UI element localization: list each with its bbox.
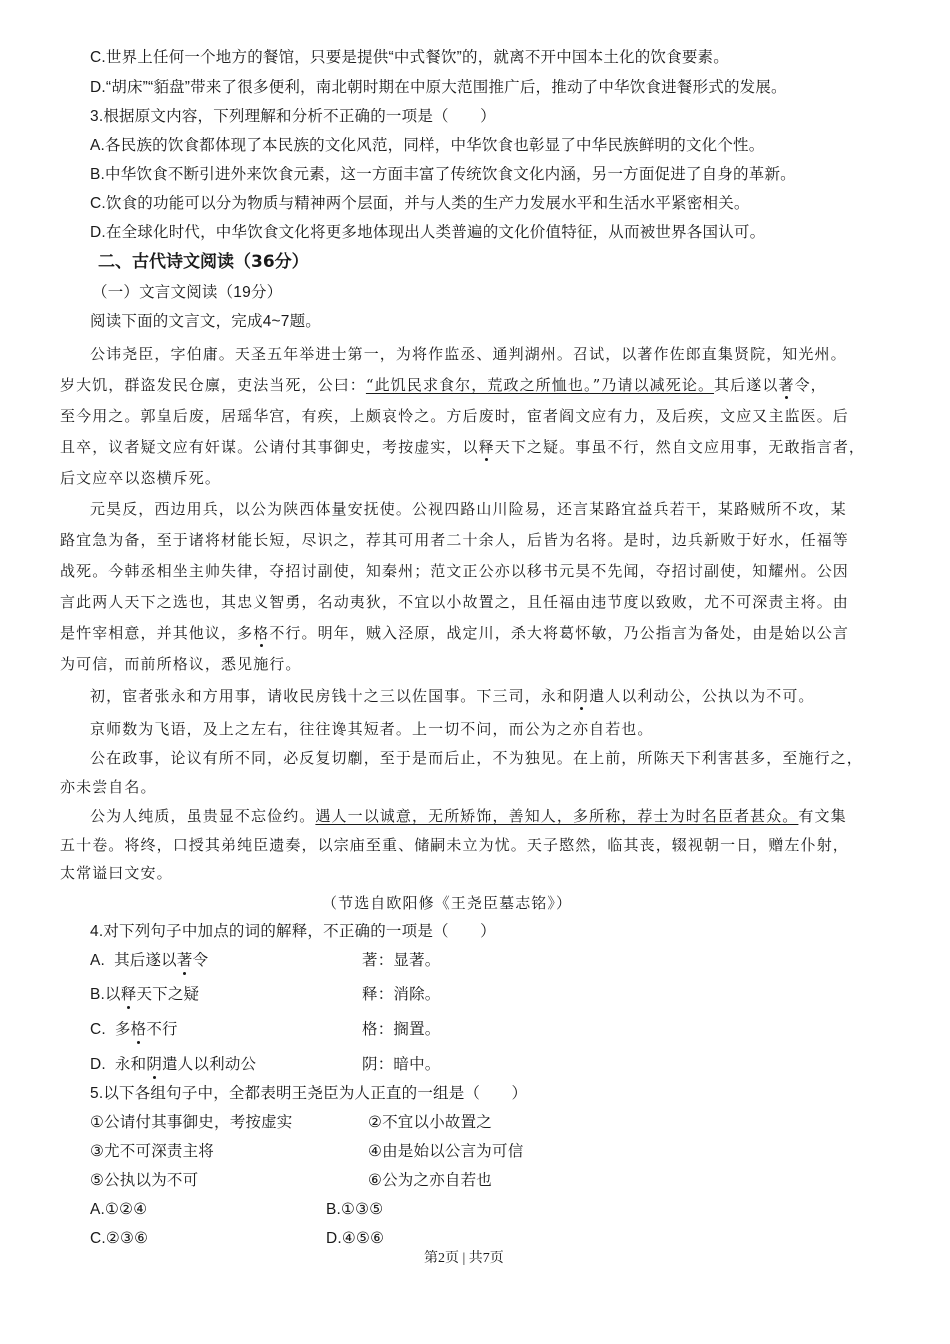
- passage-text: 天下之疑。事虽不行，然自文应用事，无敢指言者，: [495, 438, 865, 456]
- q5-option-b: B.①③⑤: [326, 1200, 383, 1220]
- q5-item-1: ①公请付其事御史，考按虚实: [90, 1113, 293, 1133]
- q5-option-d: D.④⑤⑥: [326, 1229, 384, 1249]
- q3-option-c: C.饮食的功能可以分为物质与精神两个层面，并与人类的生产力发展水平和生活水平紧密…: [90, 194, 750, 214]
- passage-text: 不行。明年，贼入泾原，战定川，杀大将葛怀敏，乃公指言为备处，由是始以公言: [269, 624, 849, 642]
- passage-text: 初，宦者张永和方用事，请收民房钱十之三以佐国事。下三司，永和: [90, 687, 573, 705]
- q2-option-d: D.“胡床”“貊盘”带来了很多便利，南北朝时期在中原大范围推广后，推动了中华饮食…: [90, 78, 787, 98]
- passage-p5-line1: 公在政事，论议有所不同，必反复切劘，至于是而后止，不为独见。在上前，所陈天下利害…: [90, 748, 863, 768]
- emphasis-dot-char-zhu: 著: [778, 375, 794, 395]
- option-text: 令: [193, 952, 209, 969]
- passage-text: 遣人以利动公，公执以为不可。: [589, 687, 814, 705]
- q5-option-a: A.①②④: [90, 1200, 147, 1220]
- q4-option-a: A. 其后遂以著令: [90, 951, 208, 971]
- passage-p3-line1: 初，宦者张永和方用事，请收民房钱十之三以佐国事。下三司，永和阴遣人以利动公，公执…: [90, 686, 815, 706]
- q5-stem: 5.以下各组句子中，全都表明王尧臣为人正直的一组是（ ）: [90, 1084, 527, 1104]
- q4-option-d-gloss: 阴：暗中。: [362, 1055, 441, 1075]
- passage-p1-line2: 岁大饥，群盗发民仓廪，吏法当死，公曰：“此饥民求食尔，荒政之所恤也。”乃请以减死…: [60, 375, 827, 395]
- emphasis-dot-char-shi: 释: [479, 437, 495, 457]
- passage-text: 且卒，议者疑文应有奸谋。公请付其事御史，考按虚实，以: [60, 438, 479, 456]
- passage-text: 公为人纯质，虽贵显不忘俭约。: [90, 807, 315, 825]
- passage-p5-line2: 亦未尝自名。: [60, 777, 157, 797]
- option-label: C.: [90, 1021, 106, 1038]
- passage-p1-line5: 后文应卒以恣横斥死。: [60, 468, 221, 488]
- option-text: 以: [105, 986, 121, 1003]
- option-text: 永和: [115, 1056, 146, 1073]
- emphasis-dot-char: 释: [121, 985, 137, 1005]
- page-indicator: 第2页 | 共7页: [424, 1249, 504, 1269]
- option-label: A.: [90, 952, 105, 969]
- q5-item-2: ②不宜以小故置之: [368, 1113, 492, 1133]
- q4-option-c-gloss: 格：搁置。: [362, 1020, 441, 1040]
- q5-item-6: ⑥公为之亦自若也: [368, 1171, 492, 1191]
- q5-item-3: ③尤不可深责主将: [90, 1142, 214, 1162]
- option-text: 其后遂以: [114, 952, 177, 969]
- q5-option-c: C.②③⑥: [90, 1229, 148, 1249]
- q4-option-a-gloss: 著：显著。: [362, 951, 441, 971]
- passage-p1-line1: 公讳尧臣，字伯庸。天圣五年举进士第一，为将作监丞、通判湖州。召试，以著作佐郎直集…: [90, 344, 847, 364]
- q3-option-b: B.中华饮食不断引进外来饮食元素，这一方面丰富了传统饮食文化内涵，另一方面促进了…: [90, 165, 796, 185]
- q5-item-5: ⑤公执以为不可: [90, 1171, 198, 1191]
- emphasis-dot-char-yin: 阴: [573, 686, 589, 706]
- q3-option-a: A.各民族的饮食都体现了本民族的文化风范，同样，中华饮食也彰显了中华民族鲜明的文…: [90, 136, 764, 156]
- section-title: 二、古代诗文阅读（36分）: [98, 252, 309, 272]
- passage-text: 有文集: [798, 807, 846, 825]
- passage-p4-line1: 京师数为飞语，及上之左右，往往谗其短者。上一切不问，而公为之亦自若也。: [90, 719, 654, 739]
- q4-option-d: D. 永和阴遣人以利动公: [90, 1055, 256, 1075]
- q4-option-b: B.以释天下之疑: [90, 985, 199, 1005]
- option-text: 天下之疑: [136, 986, 199, 1003]
- option-text: 多: [115, 1021, 131, 1038]
- exam-page: C.世界上任何一个地方的餐馆，只要是提供“中式餐饮”的，就离不开中国本土化的饮食…: [0, 0, 950, 1344]
- passage-p1-line4: 且卒，议者疑文应有奸谋。公请付其事御史，考按虚实，以释天下之疑。事虽不行，然自文…: [60, 437, 865, 457]
- passage-text: 岁大饥，群盗发民仓廪，吏法当死，公曰：: [60, 376, 366, 394]
- section-instruction: 阅读下面的文言文，完成4~7题。: [90, 312, 321, 332]
- q4-option-b-gloss: 释：消除。: [362, 985, 441, 1005]
- q4-option-c: C. 多格不行: [90, 1020, 178, 1040]
- emphasis-dot-char-ge: 格: [253, 623, 269, 643]
- passage-p1-line3: 至今用之。郭皇后废，居瑶华宫，有疾，上颇哀怜之。方后废时，宦者阎文应有力，及后疾…: [60, 406, 849, 426]
- passage-p2-line3: 战死。今韩丞相坐主帅失律，夺招讨副使，知秦州；范文正公亦以移书元昊不先闻，夺招讨…: [60, 561, 849, 581]
- underlined-sentence-1: “此饥民求食尔，荒政之所恤也。”乃请以减死论。: [366, 376, 714, 394]
- emphasis-dot-char: 阴: [146, 1055, 162, 1075]
- q5-item-4: ④由是始以公言为可信: [368, 1142, 523, 1162]
- q3-option-d: D.在全球化时代，中华饮食文化将更多地体现出人类普遍的文化价值特征，从而被世界各…: [90, 223, 765, 243]
- option-label: D.: [90, 1056, 106, 1073]
- passage-text: 令，: [795, 376, 827, 394]
- option-text: 遣人以利动公: [162, 1056, 256, 1073]
- passage-p2-line1: 元昊反，西边用兵，以公为陕西体量安抚使。公视四路山川险易，还言某路宜益兵若干，某…: [90, 499, 847, 519]
- q2-option-c: C.世界上任何一个地方的餐馆，只要是提供“中式餐饮”的，就离不开中国本土化的饮食…: [90, 48, 729, 68]
- passage-p2-line4: 言此两人天下之选也，其忠义智勇，名动夷狄，不宜以小故置之，且任福由违节度以致败，…: [60, 592, 849, 612]
- option-text: 不行: [146, 1021, 177, 1038]
- passage-p6-line2: 五十卷。将终，口授其弟纯臣遗奏，以宗庙至重、储嗣未立为忧。天子愍然，临其丧，辍视…: [60, 835, 849, 855]
- passage-text: 是忤宰相意，并其他议，多: [60, 624, 253, 642]
- passage-p6-line1: 公为人纯质，虽贵显不忘俭约。遇人一以诚意，无所矫饰，善知人，多所称，荐士为时名臣…: [90, 806, 847, 826]
- passage-p6-line3: 太常谥曰文安。: [60, 863, 173, 883]
- passage-source: （节选自欧阳修《王尧臣墓志铭》）: [322, 893, 572, 913]
- q3-stem: 3.根据原文内容，下列理解和分析不正确的一项是（ ）: [90, 107, 496, 127]
- passage-text: 其后遂以: [714, 376, 778, 394]
- option-label: B.: [90, 986, 105, 1003]
- underlined-sentence-2: 遇人一以诚意，无所矫饰，善知人，多所称，荐士为时名臣者甚众。: [315, 807, 798, 825]
- emphasis-dot-char: 格: [131, 1020, 147, 1040]
- section-subtitle: （一）文言文阅读（19分）: [92, 283, 282, 303]
- passage-p2-line6: 为可信，而前所格议，悉见施行。: [60, 654, 302, 674]
- passage-p2-line2: 路宜急为备，至于诸将材能长短，尽识之，荐其可用者二十余人，后皆为名将。是时，边兵…: [60, 530, 849, 550]
- passage-p2-line5: 是忤宰相意，并其他议，多格不行。明年，贼入泾原，战定川，杀大将葛怀敏，乃公指言为…: [60, 623, 849, 643]
- emphasis-dot-char: 著: [177, 951, 193, 971]
- q4-stem: 4.对下列句子中加点的词的解释，不正确的一项是（ ）: [90, 922, 496, 942]
